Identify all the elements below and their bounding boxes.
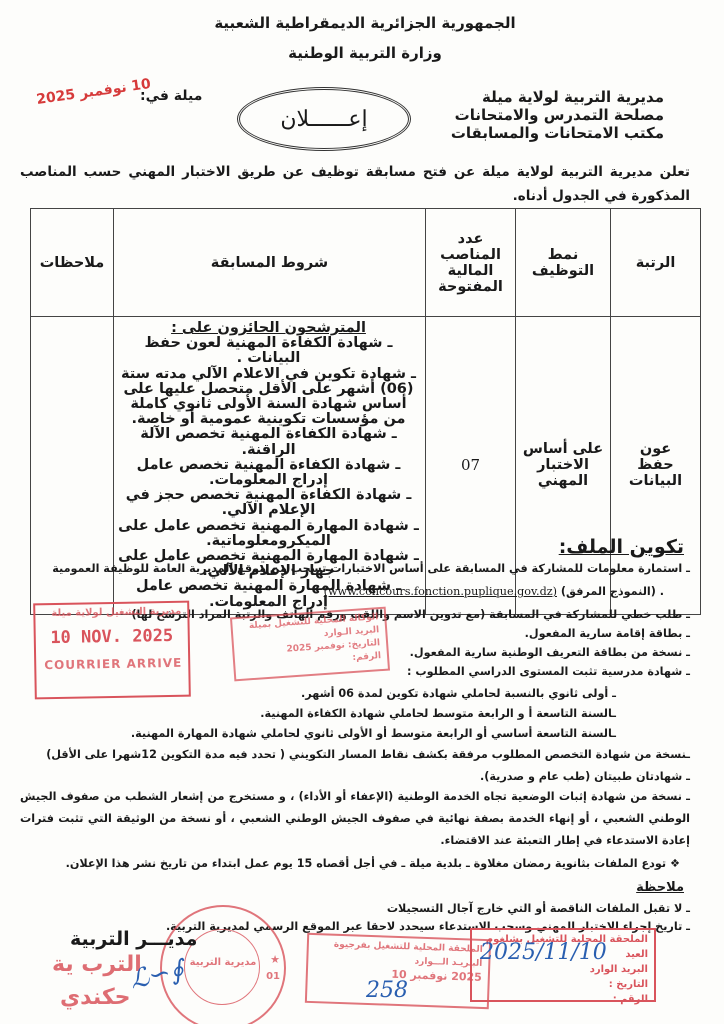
condition-item: ـ شهادة الكفاءة المهنية تخصص حجز في الإع… xyxy=(118,488,419,518)
dossier-item-residence: ـ بطاقة إقامة سارية المفعول. xyxy=(525,627,690,640)
intro-text: تعلن مديرية التربية لولاية ميلة عن فتح م… xyxy=(20,160,690,208)
header-rank: الرتبة xyxy=(611,209,701,317)
condition-item: ـ شهادة الكفاءة المهنية تخصص الآلة الراق… xyxy=(118,427,419,457)
star-icon: ★ xyxy=(270,953,280,966)
ferdjioua-handwritten-number: 258 xyxy=(366,978,408,1003)
office-name: مكتب الامتحانات والمسابقات xyxy=(424,124,664,142)
condition-item: ـ شهادة الكفاءة المهنية تخصص عامل إدراج … xyxy=(118,458,419,488)
header-positions: عدد المناصب المالية المفتوحة xyxy=(426,209,516,317)
header-notes: ملاحظات xyxy=(31,209,114,317)
announcement-title-text: إعــــــلان xyxy=(280,107,367,132)
service-name: مصلحة التمدرس والامتحانات xyxy=(424,106,664,124)
chelghoum-date-label: التاريخ : xyxy=(478,977,648,992)
deposit-text: تودع الملفات بثانوية رمضان مغلاوة ـ بلدي… xyxy=(66,857,666,870)
header-conditions: شروط المسابقة xyxy=(114,209,426,317)
form-url-link[interactable]: (www.concours.fonction.puplique.gov.dz) xyxy=(324,585,557,598)
dossier-title: تكوين الملف: xyxy=(559,536,684,558)
arrival-stamp-footer: COURRIER ARRIVE xyxy=(36,646,188,673)
seal-number: 01 xyxy=(266,971,280,982)
dossier-subitem: ـالسنة التاسعة أ و الرابعة متوسط لحاملي … xyxy=(260,707,616,720)
arrival-stamp: مديرية التشغيل لولاية ميلة 10 NOV. 2025 … xyxy=(33,601,191,700)
condition-item: ـ شهادة المهارة المهنية تخصص عامل على ال… xyxy=(118,519,419,549)
dossier-item-military: ـ نسخة من شهادة إثبات الوضعية تجاه الخدم… xyxy=(20,786,690,852)
form-model-label: . (النموذج المرفق) xyxy=(561,585,664,598)
director-name-stamp-2: حكندي xyxy=(60,985,131,1010)
directorate-name: مديرية التربية لولاية ميلة xyxy=(424,88,664,106)
diamond-bullet-icon: ❖ xyxy=(666,857,680,870)
chelghoum-number-label: الرقم : xyxy=(478,992,648,1007)
republic-title: الجمهورية الجزائرية الديمقراطية الشعبية xyxy=(210,14,520,32)
date-stamp: 10 نوفمبر 2025 xyxy=(35,76,151,108)
arrival-stamp-date: 10 NOV. 2025 xyxy=(36,626,188,649)
dossier-subitem: ـالسنة التاسعة أساسي أو الرابعة متوسط أو… xyxy=(131,727,616,740)
dossier-item-id-card: ـ نسخة من بطاقة التعريف الوطنية سارية ال… xyxy=(410,646,690,659)
dossier-item-medical: ـ شهادتان طبيتان (طب عام و صدرية). xyxy=(480,770,690,783)
condition-item: ـ شهادة الكفاءة المهنية لعون حفظ البيانا… xyxy=(118,336,419,366)
chelghoum-handwritten-date: 2025/11/10 xyxy=(480,940,607,965)
remark-item: ـ لا تقبل الملفات الناقصة أو التي خارج آ… xyxy=(387,902,690,915)
agency-mila-stamp: الوكالة المحلية للتشغيل بميلة البريد الـ… xyxy=(230,607,390,682)
dossier-item-specialty: ـنسخة من شهادة التخصص المطلوب مرفقة بكشف… xyxy=(46,748,690,761)
arrival-stamp-header: مديرية التشغيل لولاية ميلة xyxy=(35,603,187,620)
dossier-subitem: ـ أولى ثانوي بالنسبة لحاملي شهادة تكوين … xyxy=(301,687,616,700)
table-header-row: الرتبة نمط التوظيف عدد المناصب المالية ا… xyxy=(31,209,701,317)
dossier-item-form: ـ استمارة معلومات للمشاركة في المسابقة ع… xyxy=(52,562,690,575)
condition-item: ـ شهادة تكوين في الاعلام الآلي مدته ستة … xyxy=(118,367,419,428)
header-mode: نمط التوظيف xyxy=(516,209,611,317)
remarks-title: ملاحظة xyxy=(636,880,684,895)
conditions-lead: المترشحون الحائزون على : xyxy=(118,321,419,336)
dossier-item-school-cert: ـ شهادة مدرسية تثبت المستوى الدراسي المط… xyxy=(407,665,690,678)
announcement-title: إعــــــلان xyxy=(237,87,411,151)
director-title: مديـــر التربية xyxy=(70,928,197,950)
ministry-title: وزارة التربية الوطنية xyxy=(210,44,520,62)
dossier-item-form-url-line: . (النموذج المرفق) (www.concours.fonctio… xyxy=(324,585,664,598)
dossier-item-request: ـ طلب خطي للمشاركة في المسابقة (مع تدوين… xyxy=(131,608,690,621)
deposit-line: ❖ تودع الملفات بثانوية رمضان مغلاوة ـ بل… xyxy=(66,857,680,870)
